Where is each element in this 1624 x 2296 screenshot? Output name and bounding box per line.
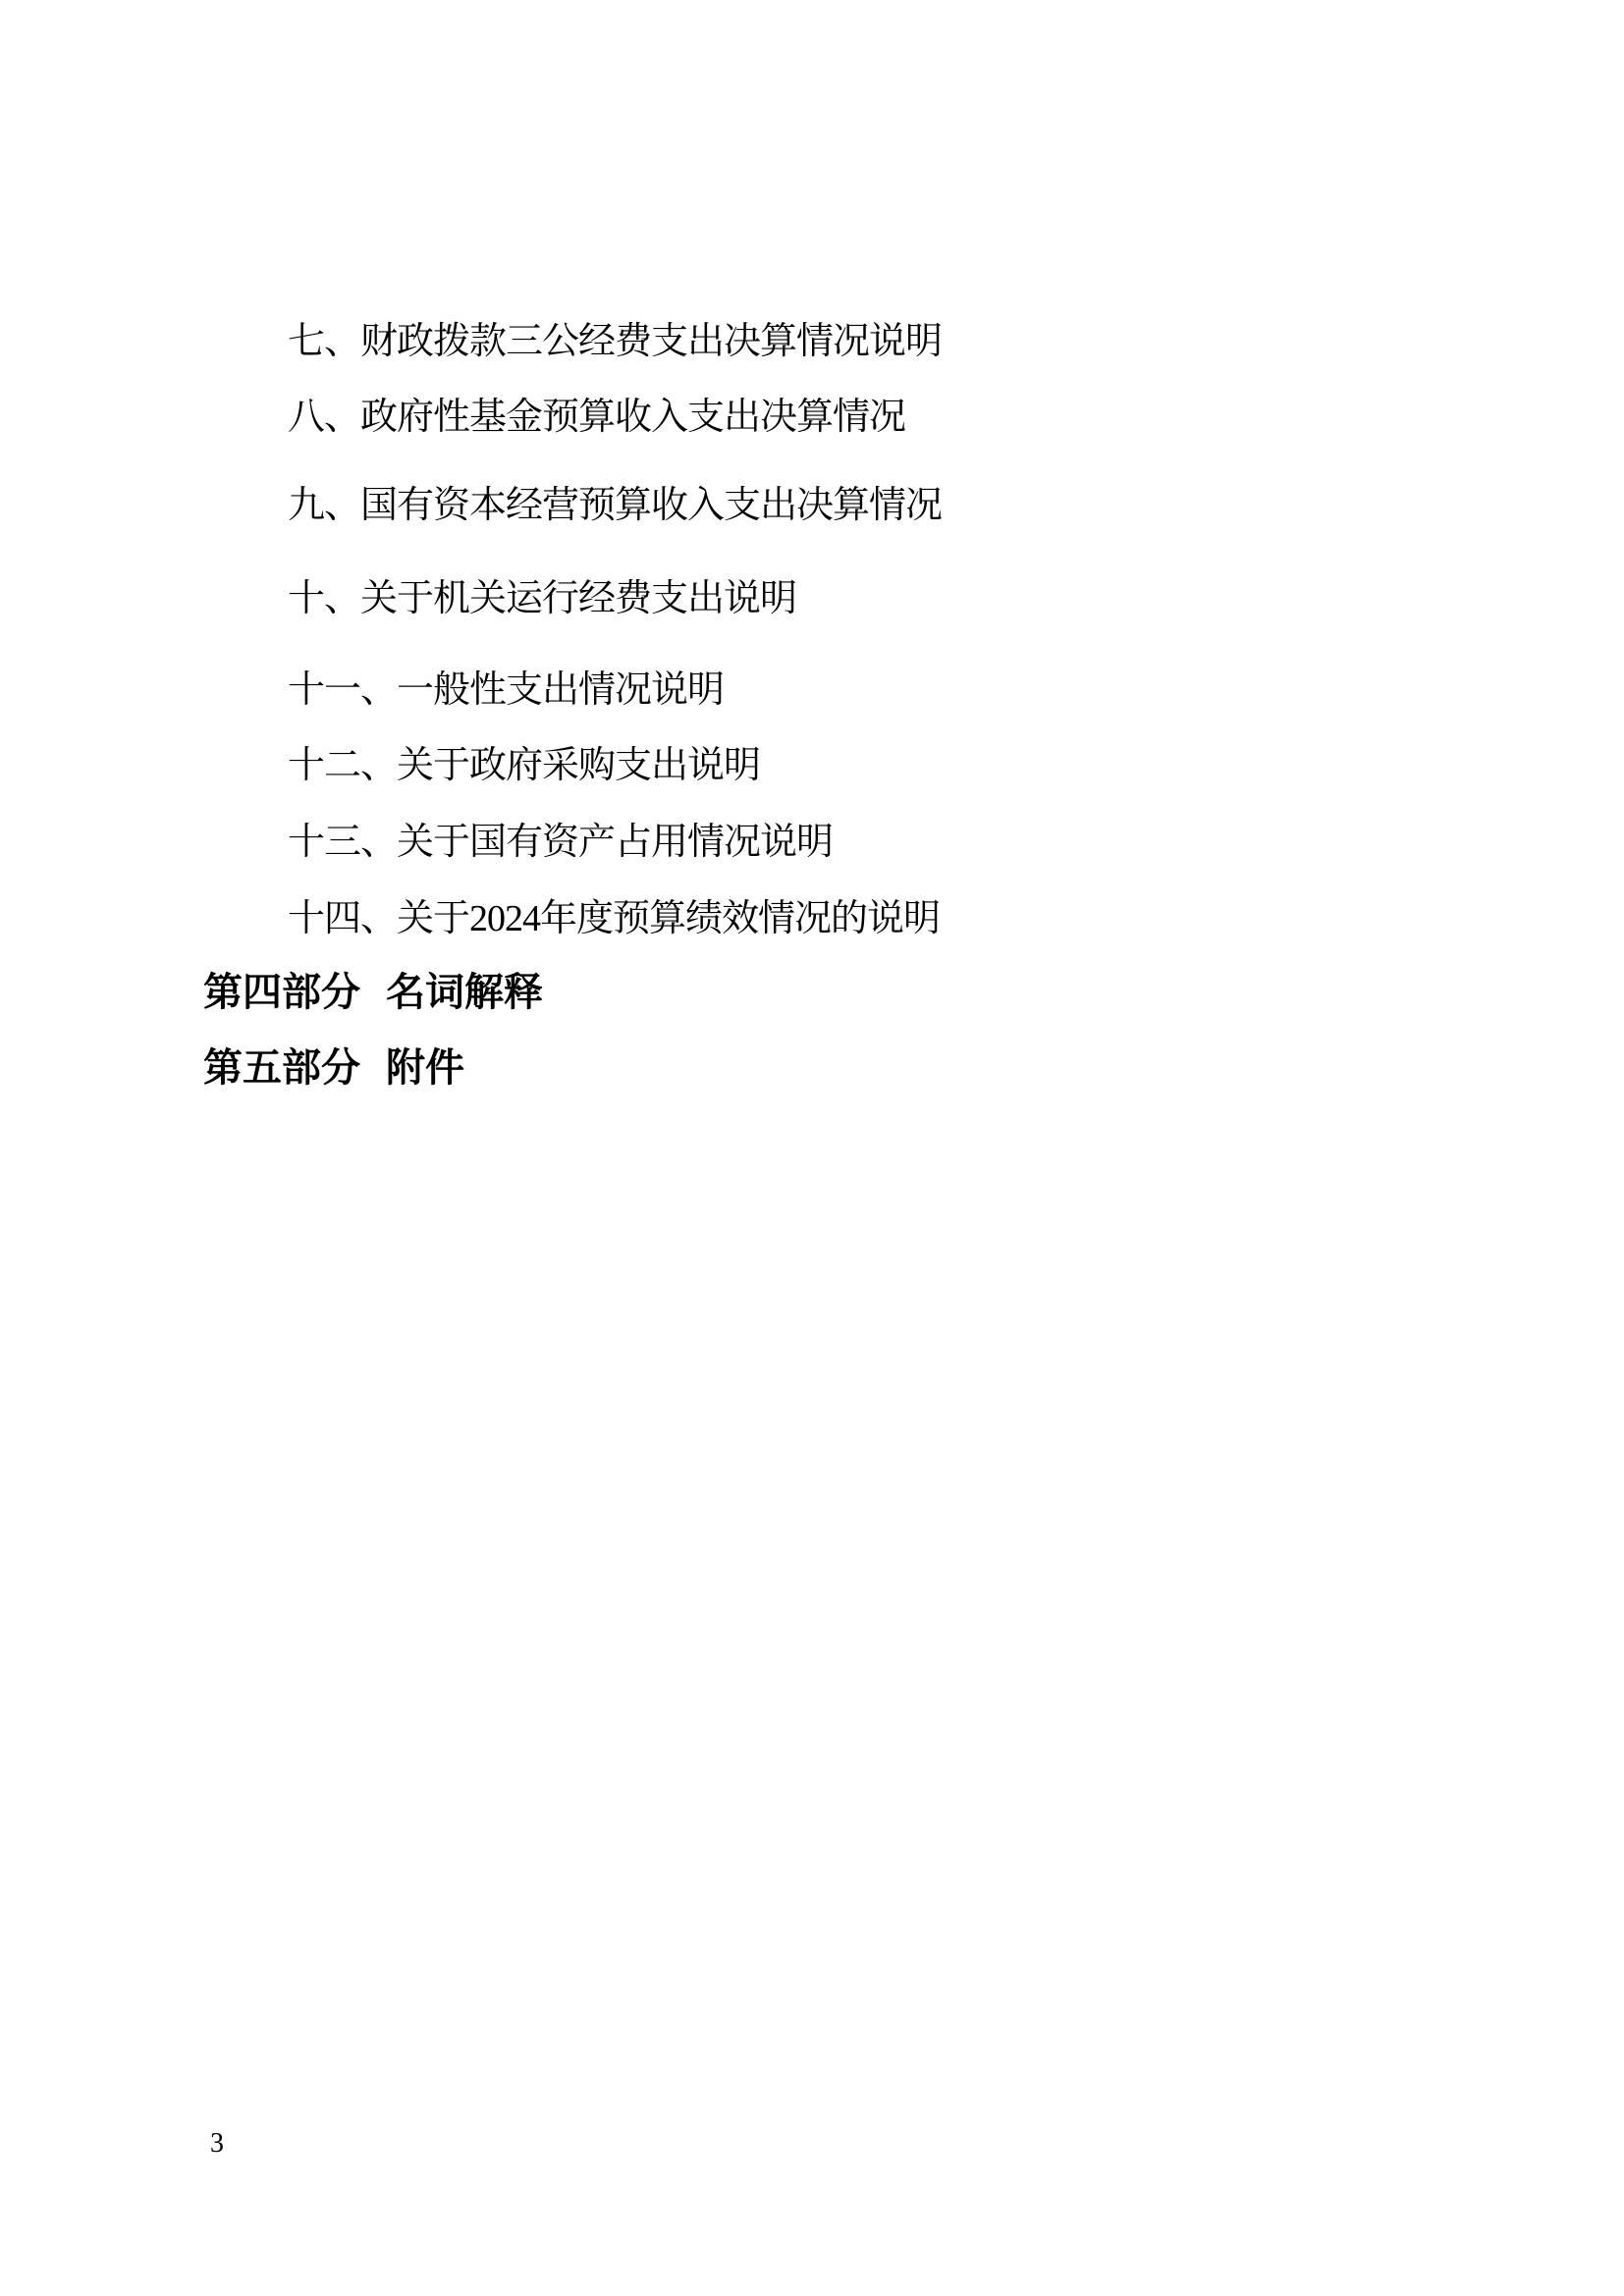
toc-part-heading: 第五部分附件 <box>203 1045 464 1091</box>
part-label: 第五部分 <box>203 1046 360 1090</box>
toc-part-heading: 第四部分名词解释 <box>203 970 543 1015</box>
toc-item: 十一、一般性支出情况说明 <box>288 667 724 713</box>
part-title: 附件 <box>386 1046 464 1090</box>
toc-item: 十、关于机关运行经费支出说明 <box>288 576 796 621</box>
document-page: 七、财政拨款三公经费支出决算情况说明 八、政府性基金预算收入支出决算情况 九、国… <box>0 0 1624 2296</box>
toc-item: 十二、关于政府采购支出说明 <box>288 743 760 788</box>
toc-item: 九、国有资本经营预算收入支出决算情况 <box>288 483 942 528</box>
toc-item: 十三、关于国有资产占用情况说明 <box>288 820 833 865</box>
part-label: 第四部分 <box>203 971 360 1014</box>
toc-item: 十四、关于2024年度预算绩效情况的说明 <box>288 896 940 941</box>
page-number: 3 <box>210 2128 224 2160</box>
toc-item: 八、政府性基金预算收入支出决算情况 <box>288 395 905 440</box>
toc-item: 七、财政拨款三公经费支出决算情况说明 <box>288 319 942 364</box>
part-title: 名词解释 <box>386 971 543 1014</box>
